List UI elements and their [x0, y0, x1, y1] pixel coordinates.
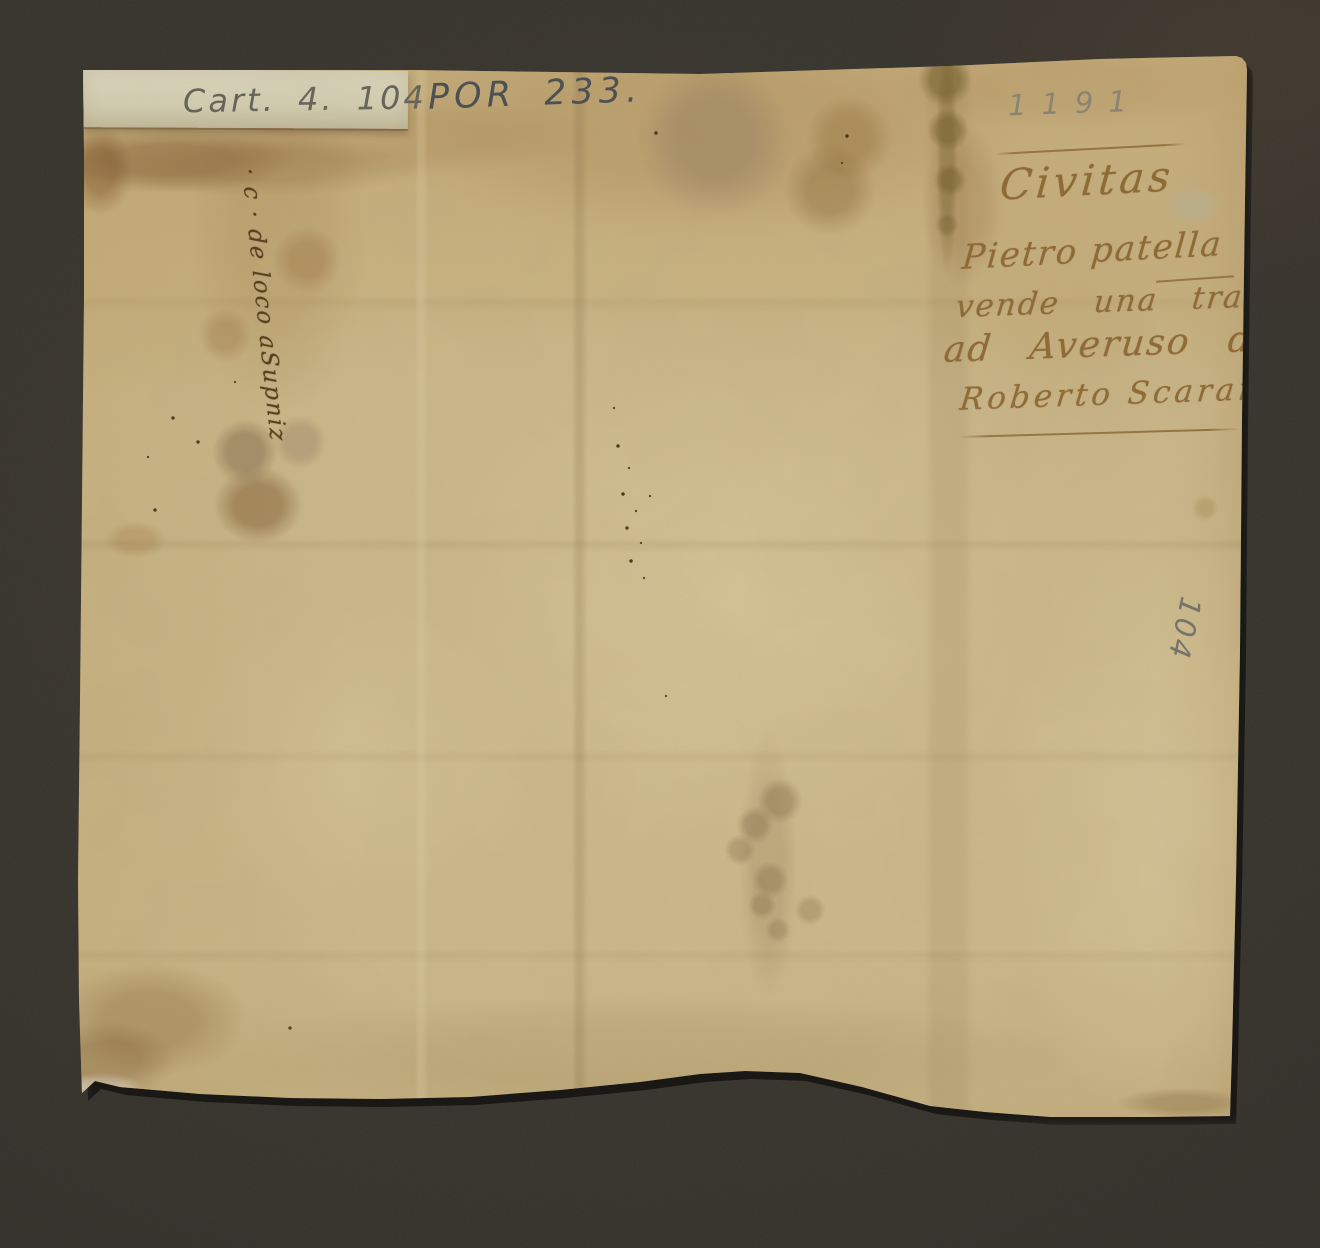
parchment: Cart. 4. 104 POR 233. 1191 104 · c · de … [78, 56, 1248, 1117]
shelfmark-note: POR 233. [427, 70, 642, 117]
photo-stage: Cart. 4. 104 POR 233. 1191 104 · c · de … [0, 0, 1320, 1248]
year-note: 1191 [1007, 84, 1142, 123]
dorsal-note-title: Civitas [998, 151, 1176, 209]
